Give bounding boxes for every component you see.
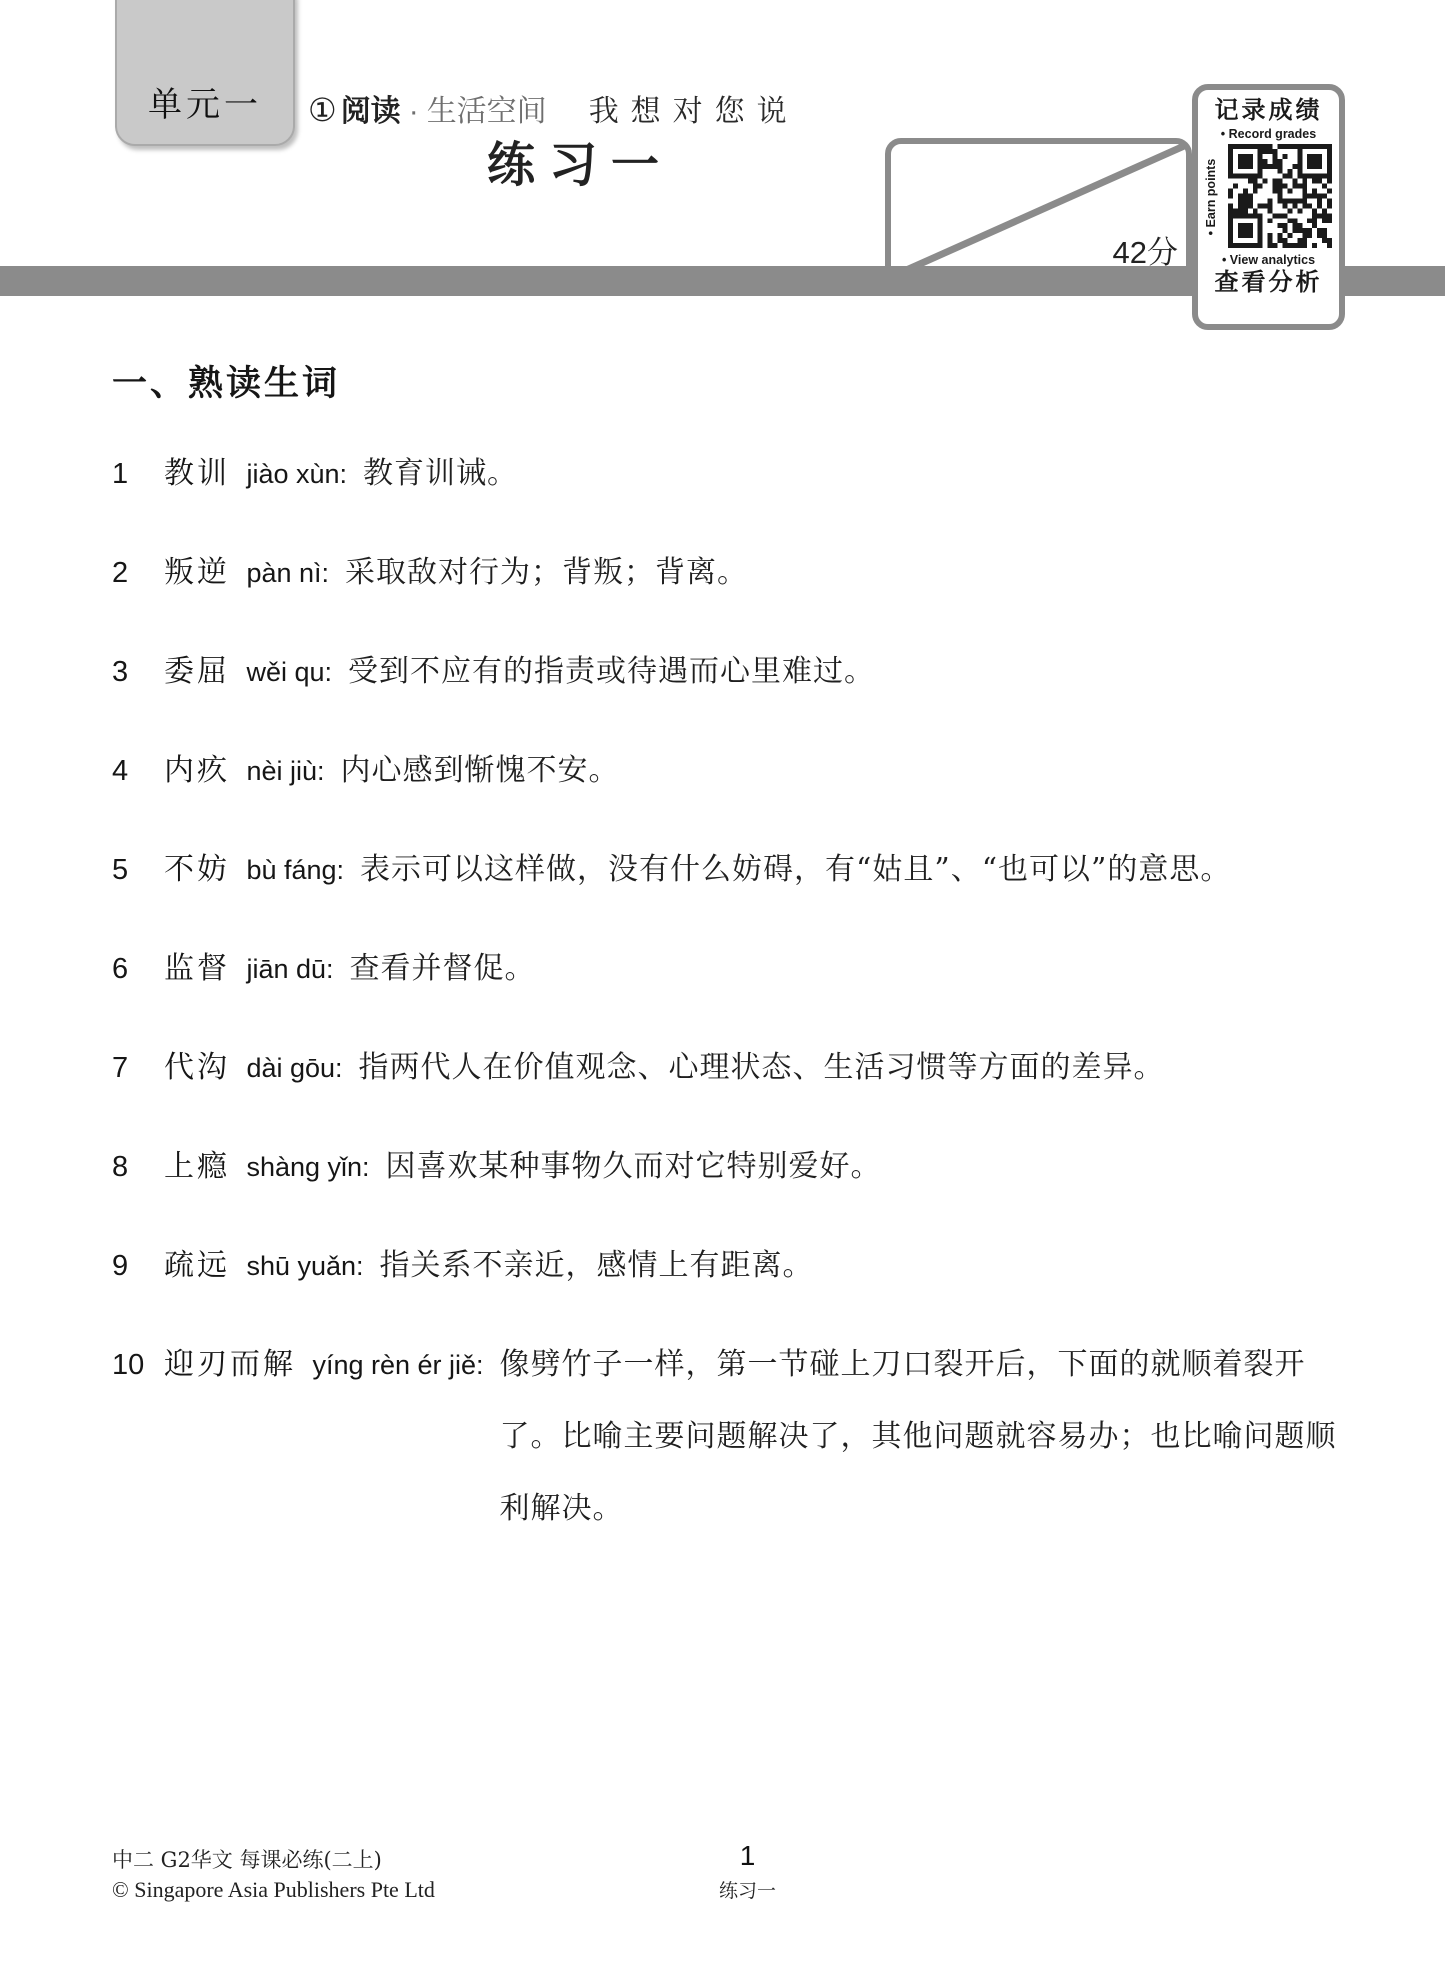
vocab-term: 迎刃而解 yíng rèn ér jiě: bbox=[164, 1329, 484, 1406]
vocab-pinyin: shàng yǐn: bbox=[246, 1152, 369, 1182]
score-box: 42分 bbox=[885, 138, 1192, 284]
vocab-item: 1 教训 jiào xùn: 教育训诫。 bbox=[112, 438, 1357, 515]
vocab-number: 4 bbox=[112, 735, 164, 807]
qr-code-icon bbox=[1228, 144, 1332, 248]
vocab-item: 8 上瘾 shàng yǐn: 因喜欢某种事物久而对它特别爱好。 bbox=[112, 1131, 1357, 1208]
page-exercise-name: 练习一 bbox=[25, 1876, 1445, 1903]
vocab-pinyin: jiào xùn: bbox=[246, 459, 347, 489]
qr-middle: • Earn points bbox=[1200, 142, 1337, 252]
qr-earn-points-label: • Earn points bbox=[1204, 147, 1218, 247]
vocab-item: 9 疏远 shū yuǎn: 指关系不亲近，感情上有距离。 bbox=[112, 1230, 1357, 1307]
vocab-item: 4 内疚 nèi jiù: 内心感到惭愧不安。 bbox=[112, 735, 1357, 812]
vocab-word: 教训 bbox=[164, 457, 230, 490]
vocab-term: 上瘾 shàng yǐn: bbox=[164, 1131, 370, 1208]
vocab-item: 3 委屈 wěi qu: 受到不应有的指责或待遇而心里难过。 bbox=[112, 636, 1357, 713]
vocab-term: 委屈 wěi qu: bbox=[164, 636, 332, 713]
vocab-definition: 表示可以这样做，没有什么妨碍，有“姑且”、“也可以”的意思。 bbox=[360, 834, 1357, 906]
vocab-number: 9 bbox=[112, 1230, 164, 1302]
worksheet-page: 单元一 ①阅读·生活空间我想对您说 练习一 42分 记录成绩 • Record … bbox=[0, 0, 1445, 1968]
vocab-number: 7 bbox=[112, 1032, 164, 1104]
vocab-definition: 因喜欢某种事物久而对它特别爱好。 bbox=[386, 1131, 1357, 1203]
vocab-term: 不妨 bù fáng: bbox=[164, 834, 344, 911]
vocab-pinyin: yíng rèn ér jiě: bbox=[312, 1350, 483, 1380]
vocab-word: 监督 bbox=[164, 952, 230, 985]
page-number: 1 bbox=[25, 1840, 1445, 1872]
vocab-word: 不妨 bbox=[164, 853, 230, 886]
vocab-pinyin: jiān dū: bbox=[246, 954, 333, 984]
vocab-number: 1 bbox=[112, 438, 164, 510]
lesson-title: 我想对您说 bbox=[589, 95, 799, 128]
vocab-number: 5 bbox=[112, 834, 164, 906]
circled-one-icon: ① bbox=[308, 92, 337, 128]
vocab-number: 10 bbox=[112, 1329, 164, 1401]
dot-separator: · bbox=[409, 95, 419, 128]
vocab-pinyin: dài gōu: bbox=[246, 1053, 342, 1083]
vocab-number: 2 bbox=[112, 537, 164, 609]
vocab-pinyin: pàn nì: bbox=[246, 558, 329, 588]
vocab-definition: 像劈竹子一样，第一节碰上刀口裂开后，下面的就顺着裂开了。比喻主要问题解决了，其他… bbox=[500, 1329, 1357, 1545]
vocab-definition: 采取敌对行为；背叛；背离。 bbox=[345, 537, 1357, 609]
vocab-item: 10 迎刃而解 yíng rèn ér jiě: 像劈竹子一样，第一节碰上刀口裂… bbox=[112, 1329, 1357, 1545]
section-heading: 一、熟读生词 bbox=[112, 356, 340, 406]
vocab-list: 1 教训 jiào xùn: 教育训诫。 2 叛逆 pàn nì: 采取敌对行为… bbox=[112, 438, 1357, 1567]
vocab-pinyin: wěi qu: bbox=[246, 657, 332, 687]
vocab-number: 8 bbox=[112, 1131, 164, 1203]
vocab-term: 代沟 dài gōu: bbox=[164, 1032, 343, 1109]
vocab-term: 疏远 shū yuǎn: bbox=[164, 1230, 364, 1307]
vocab-word: 迎刃而解 bbox=[164, 1348, 296, 1381]
vocab-term: 叛逆 pàn nì: bbox=[164, 537, 329, 614]
vocab-number: 3 bbox=[112, 636, 164, 708]
vocab-definition: 受到不应有的指责或待遇而心里难过。 bbox=[348, 636, 1357, 708]
unit-tab-label: 单元一 bbox=[148, 77, 262, 126]
qr-panel: 记录成绩 • Record grades • Earn points • Vie… bbox=[1192, 84, 1345, 330]
theme-label: 生活空间 bbox=[427, 95, 547, 128]
vocab-definition: 内心感到惭愧不安。 bbox=[341, 735, 1358, 807]
vocab-pinyin: shū yuǎn: bbox=[246, 1251, 363, 1281]
vocab-number: 6 bbox=[112, 933, 164, 1005]
strand-label: 阅读 bbox=[341, 95, 401, 128]
footer-page-block: 1 练习一 bbox=[25, 1840, 1445, 1903]
qr-bottom-label-cn: 查看分析 bbox=[1215, 268, 1323, 298]
vocab-word: 疏远 bbox=[164, 1249, 230, 1282]
vocab-word: 内疚 bbox=[164, 754, 230, 787]
vocab-item: 6 监督 jiān dū: 查看并督促。 bbox=[112, 933, 1357, 1010]
vocab-item: 7 代沟 dài gōu: 指两代人在价值观念、心理状态、生活习惯等方面的差异。 bbox=[112, 1032, 1357, 1109]
vocab-definition: 指两代人在价值观念、心理状态、生活习惯等方面的差异。 bbox=[359, 1032, 1357, 1104]
vocab-pinyin: bù fáng: bbox=[246, 855, 344, 885]
qr-top-label-cn: 记录成绩 bbox=[1215, 96, 1323, 126]
vocab-word: 代沟 bbox=[164, 1051, 230, 1084]
qr-record-grades-label: • Record grades bbox=[1221, 126, 1316, 142]
vocab-item: 2 叛逆 pàn nì: 采取敌对行为；背叛；背离。 bbox=[112, 537, 1357, 614]
vocab-term: 监督 jiān dū: bbox=[164, 933, 334, 1010]
vocab-word: 叛逆 bbox=[164, 556, 230, 589]
vocab-definition: 指关系不亲近，感情上有距离。 bbox=[380, 1230, 1357, 1302]
vocab-definition: 教育训诫。 bbox=[363, 438, 1357, 510]
vocab-word: 上瘾 bbox=[164, 1150, 230, 1183]
vocab-definition: 查看并督促。 bbox=[350, 933, 1357, 1005]
vocab-term: 内疚 nèi jiù: bbox=[164, 735, 325, 812]
vocab-pinyin: nèi jiù: bbox=[246, 756, 324, 786]
vocab-item: 5 不妨 bù fáng: 表示可以这样做，没有什么妨碍，有“姑且”、“也可以”… bbox=[112, 834, 1357, 911]
qr-view-analytics-label: • View analytics bbox=[1222, 252, 1315, 268]
unit-tab: 单元一 bbox=[115, 0, 295, 146]
vocab-word: 委屈 bbox=[164, 655, 230, 688]
lesson-header: ①阅读·生活空间我想对您说 bbox=[308, 86, 799, 130]
vocab-term: 教训 jiào xùn: bbox=[164, 438, 347, 515]
